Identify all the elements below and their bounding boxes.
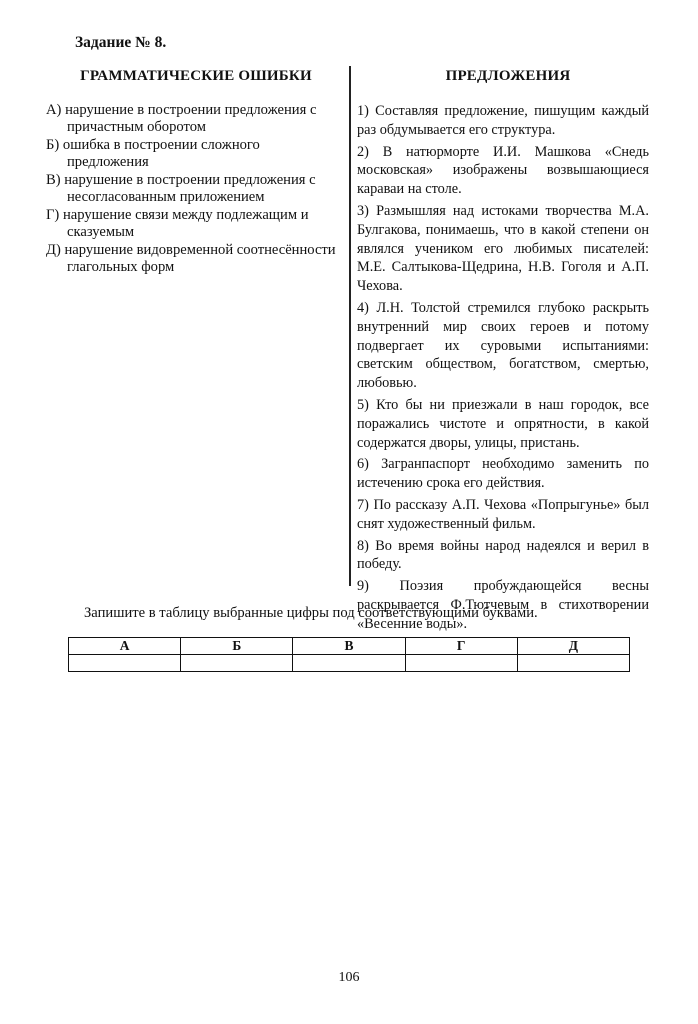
answer-cell[interactable] — [517, 655, 629, 672]
sentence-item: 2) В натюрморте И.И. Машкова «Снедь моск… — [357, 143, 649, 199]
sentence-number: 4) — [357, 300, 369, 316]
error-text: нарушение видовременной соотнесённости г… — [64, 242, 335, 275]
sentence-number: 2) — [357, 144, 369, 160]
sentence-number: 9) — [357, 578, 369, 594]
sentence-text: Кто бы ни приезжали в наш городок, все п… — [357, 397, 649, 451]
sentence-number: 5) — [357, 397, 369, 413]
sentence-item: 8) Во время войны народ надеялся и верил… — [357, 537, 649, 575]
error-letter: В) — [46, 172, 61, 188]
sentence-text: Л.Н. Толстой стремился глубоко раскрыть … — [357, 300, 649, 391]
sentence-item: 7) По рассказу А.П. Чехова «Попрыгунье» … — [357, 496, 649, 534]
column-divider — [349, 66, 351, 586]
answer-cell[interactable] — [181, 655, 293, 672]
left-column: ГРАММАТИЧЕСКИЕ ОШИБКИ А) нарушение в пос… — [46, 66, 342, 277]
sentences-heading: ПРЕДЛОЖЕНИЯ — [357, 66, 649, 102]
answer-cell[interactable] — [405, 655, 517, 672]
error-text: нарушение связи между подлежащим и сказу… — [63, 207, 309, 240]
sentence-item: 6) Загранпаспорт необходимо заменить по … — [357, 455, 649, 493]
error-letter: А) — [46, 102, 61, 118]
sentence-text: Во время войны народ надеялся и верил в … — [357, 538, 649, 573]
sentence-item: 5) Кто бы ни приезжали в наш городок, вс… — [357, 396, 649, 452]
error-letter: Г) — [46, 207, 59, 223]
sentence-item: 3) Размышляя над истоками творчества М.А… — [357, 202, 649, 296]
error-item: Б) ошибка в построении сложного предложе… — [46, 137, 342, 170]
error-letter: Б) — [46, 137, 59, 153]
task-title: Задание № 8. — [75, 34, 166, 52]
sentence-text: В натюрморте И.И. Машкова «Снедь московс… — [357, 144, 649, 198]
instruction-text: Запишите в таблицу выбранные цифры под с… — [84, 605, 538, 622]
sentence-number: 3) — [357, 203, 369, 219]
right-column: ПРЕДЛОЖЕНИЯ 1) Составляя предложение, пи… — [357, 66, 649, 637]
sentence-text: Загранпаспорт необходимо заменить по ист… — [357, 456, 649, 491]
answer-table-header-row: АБВГД — [69, 638, 630, 655]
error-text: ошибка в построении сложного предложения — [63, 137, 260, 170]
answer-cell[interactable] — [293, 655, 405, 672]
error-item: Д) нарушение видовременной соотнесённост… — [46, 242, 342, 275]
answer-column-header: А — [69, 638, 181, 655]
answer-column-header: В — [293, 638, 405, 655]
answer-table-input-row — [69, 655, 630, 672]
error-letter: Д) — [46, 242, 61, 258]
sentence-number: 8) — [357, 538, 369, 554]
answer-table: АБВГД — [68, 637, 630, 672]
error-text: нарушение в построении предложения с при… — [65, 102, 316, 135]
grammar-errors-heading: ГРАММАТИЧЕСКИЕ ОШИБКИ — [46, 66, 342, 102]
sentence-text: По рассказу А.П. Чехова «Попрыгунье» был… — [357, 497, 649, 532]
answer-column-header: Г — [405, 638, 517, 655]
sentence-text: Составляя предложение, пишущим каждый ра… — [357, 103, 649, 138]
sentence-number: 6) — [357, 456, 369, 472]
sentence-item: 1) Составляя предложение, пишущим каждый… — [357, 102, 649, 140]
error-text: нарушение в построении предложения с нес… — [64, 172, 315, 205]
sentence-number: 1) — [357, 103, 369, 119]
sentence-item: 4) Л.Н. Толстой стремился глубоко раскры… — [357, 299, 649, 393]
answer-column-header: Б — [181, 638, 293, 655]
answer-column-header: Д — [517, 638, 629, 655]
sentence-text: Размышляя над истоками творчества М.А. Б… — [357, 203, 649, 294]
error-item: Г) нарушение связи между подлежащим и ск… — [46, 207, 342, 240]
error-list: А) нарушение в построении предложения с … — [46, 102, 342, 275]
error-item: А) нарушение в построении предложения с … — [46, 102, 342, 135]
answer-cell[interactable] — [69, 655, 181, 672]
sentence-list: 1) Составляя предложение, пишущим каждый… — [357, 102, 649, 634]
page-number: 106 — [0, 970, 698, 986]
error-item: В) нарушение в построении предложения с … — [46, 172, 342, 205]
sentence-number: 7) — [357, 497, 369, 513]
